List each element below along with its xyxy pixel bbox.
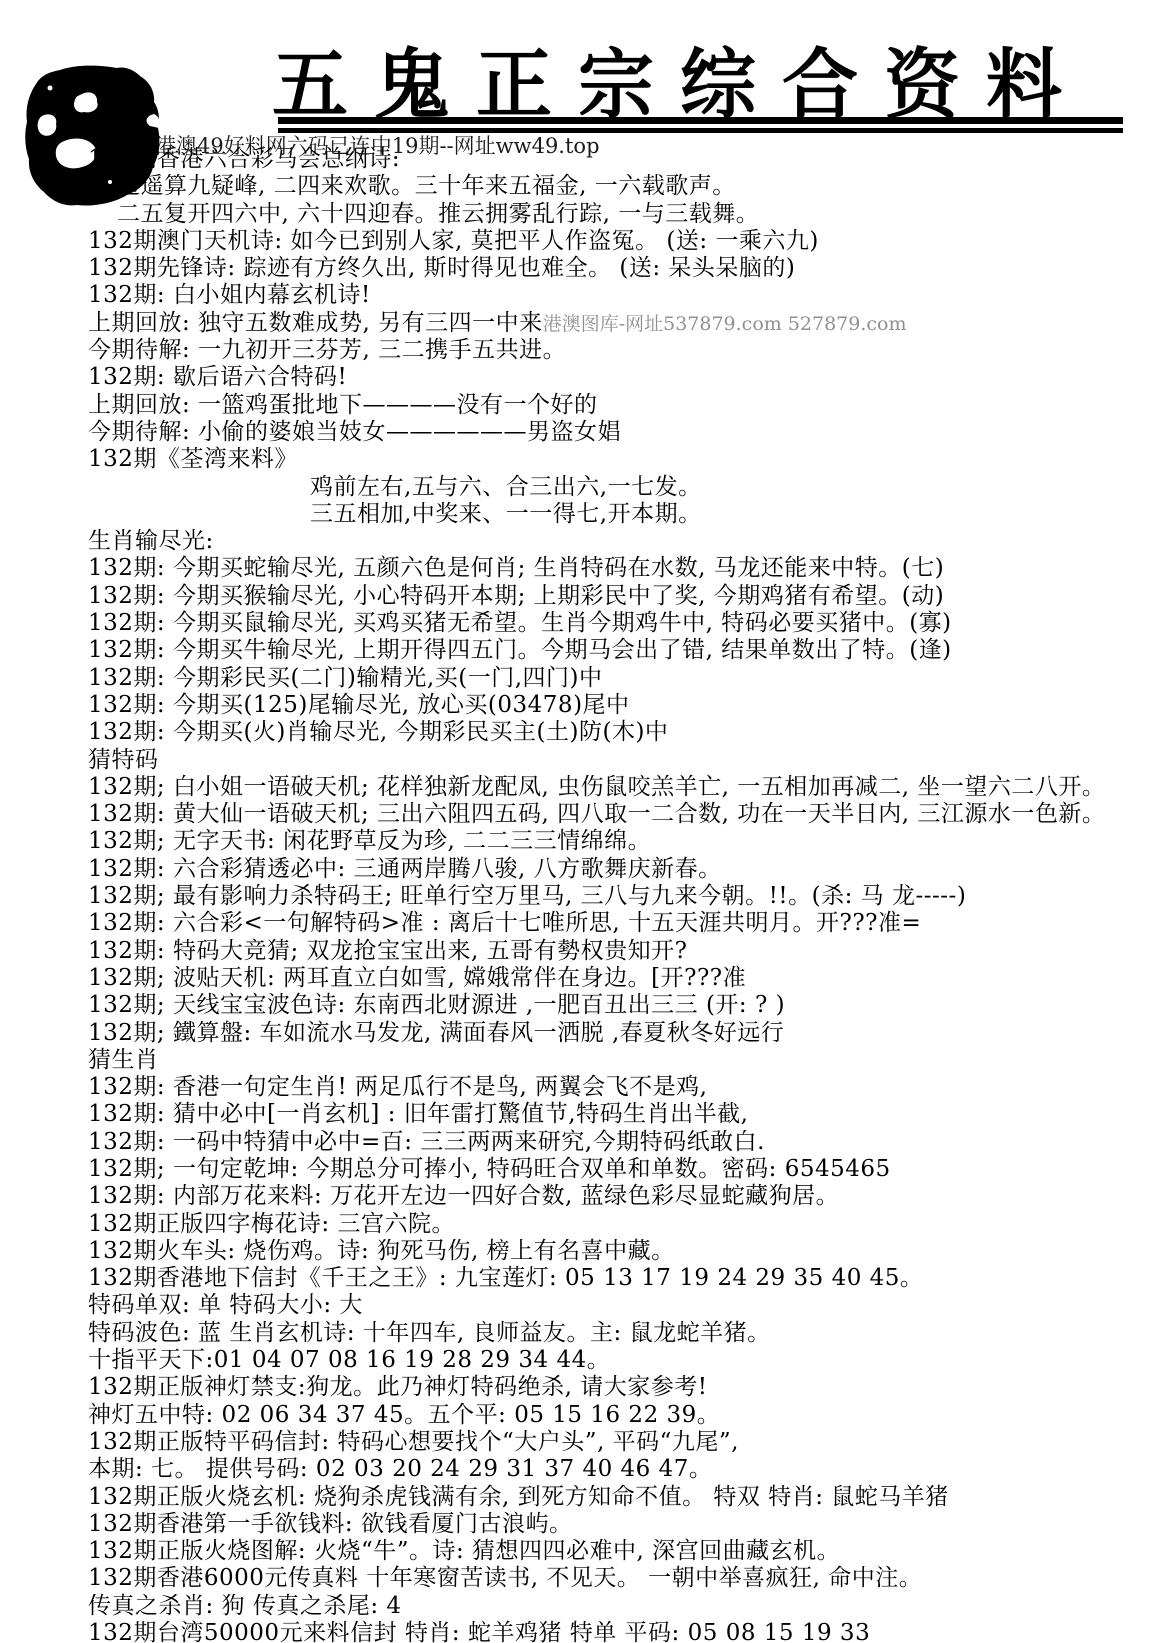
text-line: 132期正版四字梅花诗: 三宫六院。 (88, 1211, 1176, 1238)
body-lines: 132期香港六合彩马会总纲诗:逍遥算九疑峰, 二四来欢歌。三十年来五福金, 一六… (88, 146, 1176, 1643)
text-line-content: 132期澳门天机诗: 如今已到别人家, 莫把平人作盗冤。 (送: 一乘六九) (88, 228, 819, 254)
text-line: 132期香港第一手欲钱料: 欲钱看厦门古浪屿。 (88, 1511, 1176, 1538)
text-line: 神灯五中特: 02 06 34 37 45。五个平: 05 15 16 22 3… (88, 1402, 1176, 1429)
text-line-content: 特码波色: 蓝 生肖玄机诗: 十年四车, 良师益友。主: 鼠龙蛇羊猪。 (88, 1320, 771, 1346)
text-line: 132期; 白小姐一语破天机; 花样独新龙配凤, 虫伤鼠咬羔羊亡, 一五相加再减… (88, 774, 1176, 801)
text-line-content: 132期台湾50000元来料信封 特肖: 蛇羊鸡猪 特单 平码: 05 08 1… (88, 1620, 870, 1643)
title-underline-thick (278, 117, 1123, 124)
text-line: 鸡前左右,五与六、合三出六,一七发。 (88, 474, 1176, 501)
text-line: 三五相加,中奖来、一一得七,开本期。 (88, 501, 1176, 528)
text-line-content: 132期: 今期买牛输尽光, 上期开得四五门。今期马会出了错, 结果单数出了特。… (88, 637, 952, 663)
text-line-content: 132期: 今期彩民买(二门)输精光,买(一门,四门)中 (88, 665, 602, 691)
text-line-content: 132期香港6000元传真料 十年寒窗苦读书, 不见天。 一朝中举喜疯狂, 命中… (88, 1565, 922, 1591)
text-line: 132期香港六合彩马会总纲诗: (88, 146, 1176, 173)
text-line: 今期待解: 小偷的婆娘当妓女——————男盗女娼 (88, 419, 1176, 446)
text-line: 132期正版火烧图解: 火烧“牛”。诗: 猜想四四必难中, 深宫回曲藏玄机。 (88, 1538, 1176, 1565)
text-line: 132期正版神灯禁支:狗龙。此乃神灯特码绝杀, 请大家参考! (88, 1374, 1176, 1401)
text-line-content: 神灯五中特: 02 06 34 37 45。五个平: 05 15 16 22 3… (88, 1402, 720, 1428)
text-line-content: 132期正版火烧玄机: 烧狗杀虎钱满有余, 到死方知命不值。 特双 特肖: 鼠蛇… (88, 1484, 949, 1510)
text-line-content: 132期; 白小姐一语破天机; 花样独新龙配凤, 虫伤鼠咬羔羊亡, 一五相加再减… (88, 774, 1105, 800)
text-line: 132期; 一句定乾坤: 今期总分可捧小, 特码旺合双单和单数。密码: 6545… (88, 1156, 1176, 1183)
text-line-content: 上期回放: 独守五数难成势, 另有三四一中来 (88, 310, 543, 336)
text-line-content: 逍遥算九疑峰, 二四来欢歌。三十年来五福金, 一六载歌声。 (117, 173, 736, 199)
text-line-content: 132期: 今期买猴输尽光, 小心特码开本期; 上期彩民中了奖, 今期鸡猪有希望… (88, 583, 944, 609)
text-line: 132期: 一码中特猜中必中=百: 三三两两来研究,今期特码纸敢白. (88, 1129, 1176, 1156)
text-line: 132期: 白小姐内幕玄机诗! (88, 282, 1176, 309)
text-line: 132期; 鐵算盤: 车如流水马发龙, 满面春风一洒脱 ,春夏秋冬好远行 (88, 1020, 1176, 1047)
text-line-content: 132期: 六合彩<一句解特码>准 : 离后十七唯所思, 十五天涯共明月。开??… (88, 910, 921, 936)
text-line-content: 二五复开四六中, 六十四迎春。推云拥雾乱行踪, 一与三载舞。 (117, 201, 759, 227)
text-line: 132期; 天线宝宝波色诗: 东南西北财源进 ,一肥百丑出三三 (开: ? ) (88, 992, 1176, 1019)
text-line-content: 传真之杀肖: 狗 传真之杀尾: 4 (88, 1593, 402, 1619)
text-line-content: 132期正版四字梅花诗: 三宫六院。 (88, 1211, 455, 1237)
text-line-content: 132期正版火烧图解: 火烧“牛”。诗: 猜想四四必难中, 深宫回曲藏玄机。 (88, 1538, 840, 1564)
text-line: 132期先锋诗: 踪迹有方终久出, 斯时得见也难全。 (送: 呆头呆脑的) (88, 255, 1176, 282)
text-line-content: 132期《荃湾来料》 (88, 446, 298, 472)
text-line-content: 132期: 歇后语六合特码! (88, 364, 347, 390)
text-line-content: 132期: 香港一句定生肖! 两足瓜行不是鸟, 两翼会飞不是鸡, (88, 1074, 707, 1100)
text-line-content: 132期; 波贴天机: 两耳直立白如雪, 嫦娥常伴在身边。[开???准 (88, 965, 746, 991)
text-line: 今期待解: 一九初开三芬芳, 三二携手五共进。 (88, 337, 1176, 364)
text-line-content: 132期; 最有影响力杀特码王; 旺单行空万里马, 三八与九来今朝。!!。(杀:… (88, 883, 966, 909)
text-line: 132期: 今期买鼠输尽光, 买鸡买猪无希望。生肖今期鸡牛中, 特码必要买猪中。… (88, 610, 1176, 637)
text-line-content: 132期; 天线宝宝波色诗: 东南西北财源进 ,一肥百丑出三三 (开: ? ) (88, 992, 785, 1018)
text-line: 本期: 七。 提供号码: 02 03 20 24 29 31 37 40 46 … (88, 1456, 1176, 1483)
text-line-content: 132期: 内部万花来料: 万花开左边一四好合数, 蓝绿色彩尽显蛇藏狗居。 (88, 1183, 839, 1209)
text-line-content: 132期: 今期买蛇输尽光, 五颜六色是何肖; 生肖特码在水数, 马龙还能来中特… (88, 555, 944, 581)
text-line-content: 猜特码 (88, 747, 159, 773)
text-line: 特码波色: 蓝 生肖玄机诗: 十年四车, 良师益友。主: 鼠龙蛇羊猪。 (88, 1320, 1176, 1347)
tip-sheet-page: 五鬼正宗综合资料 港澳49好料网六码已连中19期--网址ww49.top 132… (0, 0, 1176, 1643)
text-line-content: 132期先锋诗: 踪迹有方终久出, 斯时得见也难全。 (送: 呆头呆脑的) (88, 255, 795, 281)
text-line-content: 鸡前左右,五与六、合三出六,一七发。 (310, 474, 702, 500)
text-line: 132期香港地下信封《千王之王》: 九宝莲灯: 05 13 17 19 24 2… (88, 1265, 1176, 1292)
text-line-content: 132期: 特码大竞猜; 双龙抢宝宝出来, 五哥有勢权贵知开? (88, 938, 687, 964)
text-line: 传真之杀肖: 狗 传真之杀尾: 4 (88, 1593, 1176, 1620)
text-line-content: 上期回放: 一篮鸡蛋批地下————没有一个好的 (88, 392, 598, 418)
text-line-content: 今期待解: 小偷的婆娘当妓女——————男盗女娼 (88, 419, 621, 445)
text-line-content: 三五相加,中奖来、一一得七,开本期。 (310, 501, 702, 527)
text-line: 132期: 特码大竞猜; 双龙抢宝宝出来, 五哥有勢权贵知开? (88, 938, 1176, 965)
text-line: 132期: 今期买牛输尽光, 上期开得四五门。今期马会出了错, 结果单数出了特。… (88, 637, 1176, 664)
text-line-content: 猜生肖 (88, 1047, 159, 1073)
text-line: 132期: 今期彩民买(二门)输精光,买(一门,四门)中 (88, 665, 1176, 692)
text-line-content: 生肖输尽光: (88, 528, 214, 554)
text-line: 132期: 今期买(火)肖输尽光, 今期彩民买主(土)防(木)中 (88, 719, 1176, 746)
text-line: 132期: 内部万花来料: 万花开左边一四好合数, 蓝绿色彩尽显蛇藏狗居。 (88, 1183, 1176, 1210)
text-line-content: 132期香港地下信封《千王之王》: 九宝莲灯: 05 13 17 19 24 2… (88, 1265, 923, 1291)
text-line-content: 132期火车头: 烧伤鸡。诗: 狗死马伤, 榜上有名喜中藏。 (88, 1238, 675, 1264)
text-line: 132期: 香港一句定生肖! 两足瓜行不是鸟, 两翼会飞不是鸡, (88, 1074, 1176, 1101)
text-line: 132期: 今期买蛇输尽光, 五颜六色是何肖; 生肖特码在水数, 马龙还能来中特… (88, 555, 1176, 582)
text-line: 132期火车头: 烧伤鸡。诗: 狗死马伤, 榜上有名喜中藏。 (88, 1238, 1176, 1265)
text-line-content: 132期: 白小姐内幕玄机诗! (88, 282, 371, 308)
text-line: 132期澳门天机诗: 如今已到别人家, 莫把平人作盗冤。 (送: 一乘六九) (88, 228, 1176, 255)
text-line-content: 132期香港六合彩马会总纲诗: (88, 146, 400, 172)
text-line-content: 132期: 今期买(125)尾输尽光, 放心买(03478)尾中 (88, 692, 630, 718)
text-line: 猜特码 (88, 747, 1176, 774)
text-line: 132期香港6000元传真料 十年寒窗苦读书, 不见天。 一朝中举喜疯狂, 命中… (88, 1565, 1176, 1592)
text-line-content: 今期待解: 一九初开三芬芳, 三二携手五共进。 (88, 337, 566, 363)
text-line-content: 132期: 今期买鼠输尽光, 买鸡买猪无希望。生肖今期鸡牛中, 特码必要买猪中。… (88, 610, 952, 636)
text-line-content: 132期; 鐵算盤: 车如流水马发龙, 满面春风一洒脱 ,春夏秋冬好远行 (88, 1020, 784, 1046)
text-line: 132期: 六合彩<一句解特码>准 : 离后十七唯所思, 十五天涯共明月。开??… (88, 910, 1176, 937)
text-line-content: 132期; 无字天书: 闲花野草反为珍, 二二三三情绵绵。 (88, 828, 651, 854)
text-line: 特码单双: 单 特码大小: 大 (88, 1292, 1176, 1319)
text-line-content: 132期; 一句定乾坤: 今期总分可捧小, 特码旺合双单和单数。密码: 6545… (88, 1156, 891, 1182)
text-line: 132期: 六合彩猜透必中: 三通两岸腾八骏, 八方歌舞庆新春。 (88, 856, 1176, 883)
text-line: 二五复开四六中, 六十四迎春。推云拥雾乱行踪, 一与三载舞。 (88, 201, 1176, 228)
text-line: 逍遥算九疑峰, 二四来欢歌。三十年来五福金, 一六载歌声。 (88, 173, 1176, 200)
text-line: 132期; 波贴天机: 两耳直立白如雪, 嫦娥常伴在身边。[开???准 (88, 965, 1176, 992)
text-line: 132期: 今期买(125)尾输尽光, 放心买(03478)尾中 (88, 692, 1176, 719)
text-line-content: 132期: 黄大仙一语破天机; 三出六阻四五码, 四八取一二合数, 功在一天半日… (88, 801, 1105, 827)
text-line: 132期: 今期买猴输尽光, 小心特码开本期; 上期彩民中了奖, 今期鸡猪有希望… (88, 583, 1176, 610)
text-line: 生肖输尽光: (88, 528, 1176, 555)
text-line: 上期回放: 一篮鸡蛋批地下————没有一个好的 (88, 392, 1176, 419)
text-line: 132期; 无字天书: 闲花野草反为珍, 二二三三情绵绵。 (88, 828, 1176, 855)
text-line: 十指平天下:01 04 07 08 16 19 28 29 34 44。 (88, 1347, 1176, 1374)
text-line: 132期: 黄大仙一语破天机; 三出六阻四五码, 四八取一二合数, 功在一天半日… (88, 801, 1176, 828)
text-line: 上期回放: 独守五数难成势, 另有三四一中来港澳图库-网址537879.com … (88, 310, 1176, 337)
text-line-content: 132期: 今期买(火)肖输尽光, 今期彩民买主(土)防(木)中 (88, 719, 668, 745)
watermark-text: 港澳图库-网址537879.com 527879.com (543, 313, 907, 335)
text-line: 132期: 歇后语六合特码! (88, 364, 1176, 391)
text-line: 猜生肖 (88, 1047, 1176, 1074)
text-line-content: 132期正版神灯禁支:狗龙。此乃神灯特码绝杀, 请大家参考! (88, 1374, 708, 1400)
text-line: 132期; 最有影响力杀特码王; 旺单行空万里马, 三八与九来今朝。!!。(杀:… (88, 883, 1176, 910)
text-line-content: 132期香港第一手欲钱料: 欲钱看厦门古浪屿。 (88, 1511, 572, 1537)
text-line: 132期《荃湾来料》 (88, 446, 1176, 473)
text-line: 132期台湾50000元来料信封 特肖: 蛇羊鸡猪 特单 平码: 05 08 1… (88, 1620, 1176, 1643)
text-line-content: 本期: 七。 提供号码: 02 03 20 24 29 31 37 40 46 … (88, 1456, 712, 1482)
text-line: 132期正版特平码信封: 特码心想要找个“大户头”, 平码“九尾”, (88, 1429, 1176, 1456)
text-line: 132期: 猜中必中[一肖玄机] : 旧年雷打驚值节,特码生肖出半截, (88, 1101, 1176, 1128)
text-line-content: 132期正版特平码信封: 特码心想要找个“大户头”, 平码“九尾”, (88, 1429, 739, 1455)
text-line-content: 十指平天下:01 04 07 08 16 19 28 29 34 44。 (88, 1347, 610, 1373)
text-line-content: 132期: 猜中必中[一肖玄机] : 旧年雷打驚值节,特码生肖出半截, (88, 1101, 748, 1127)
text-line-content: 132期: 一码中特猜中必中=百: 三三两两来研究,今期特码纸敢白. (88, 1129, 765, 1155)
text-line: 132期正版火烧玄机: 烧狗杀虎钱满有余, 到死方知命不值。 特双 特肖: 鼠蛇… (88, 1484, 1176, 1511)
text-line-content: 特码单双: 单 特码大小: 大 (88, 1292, 363, 1318)
text-line-content: 132期: 六合彩猜透必中: 三通两岸腾八骏, 八方歌舞庆新春。 (88, 856, 722, 882)
